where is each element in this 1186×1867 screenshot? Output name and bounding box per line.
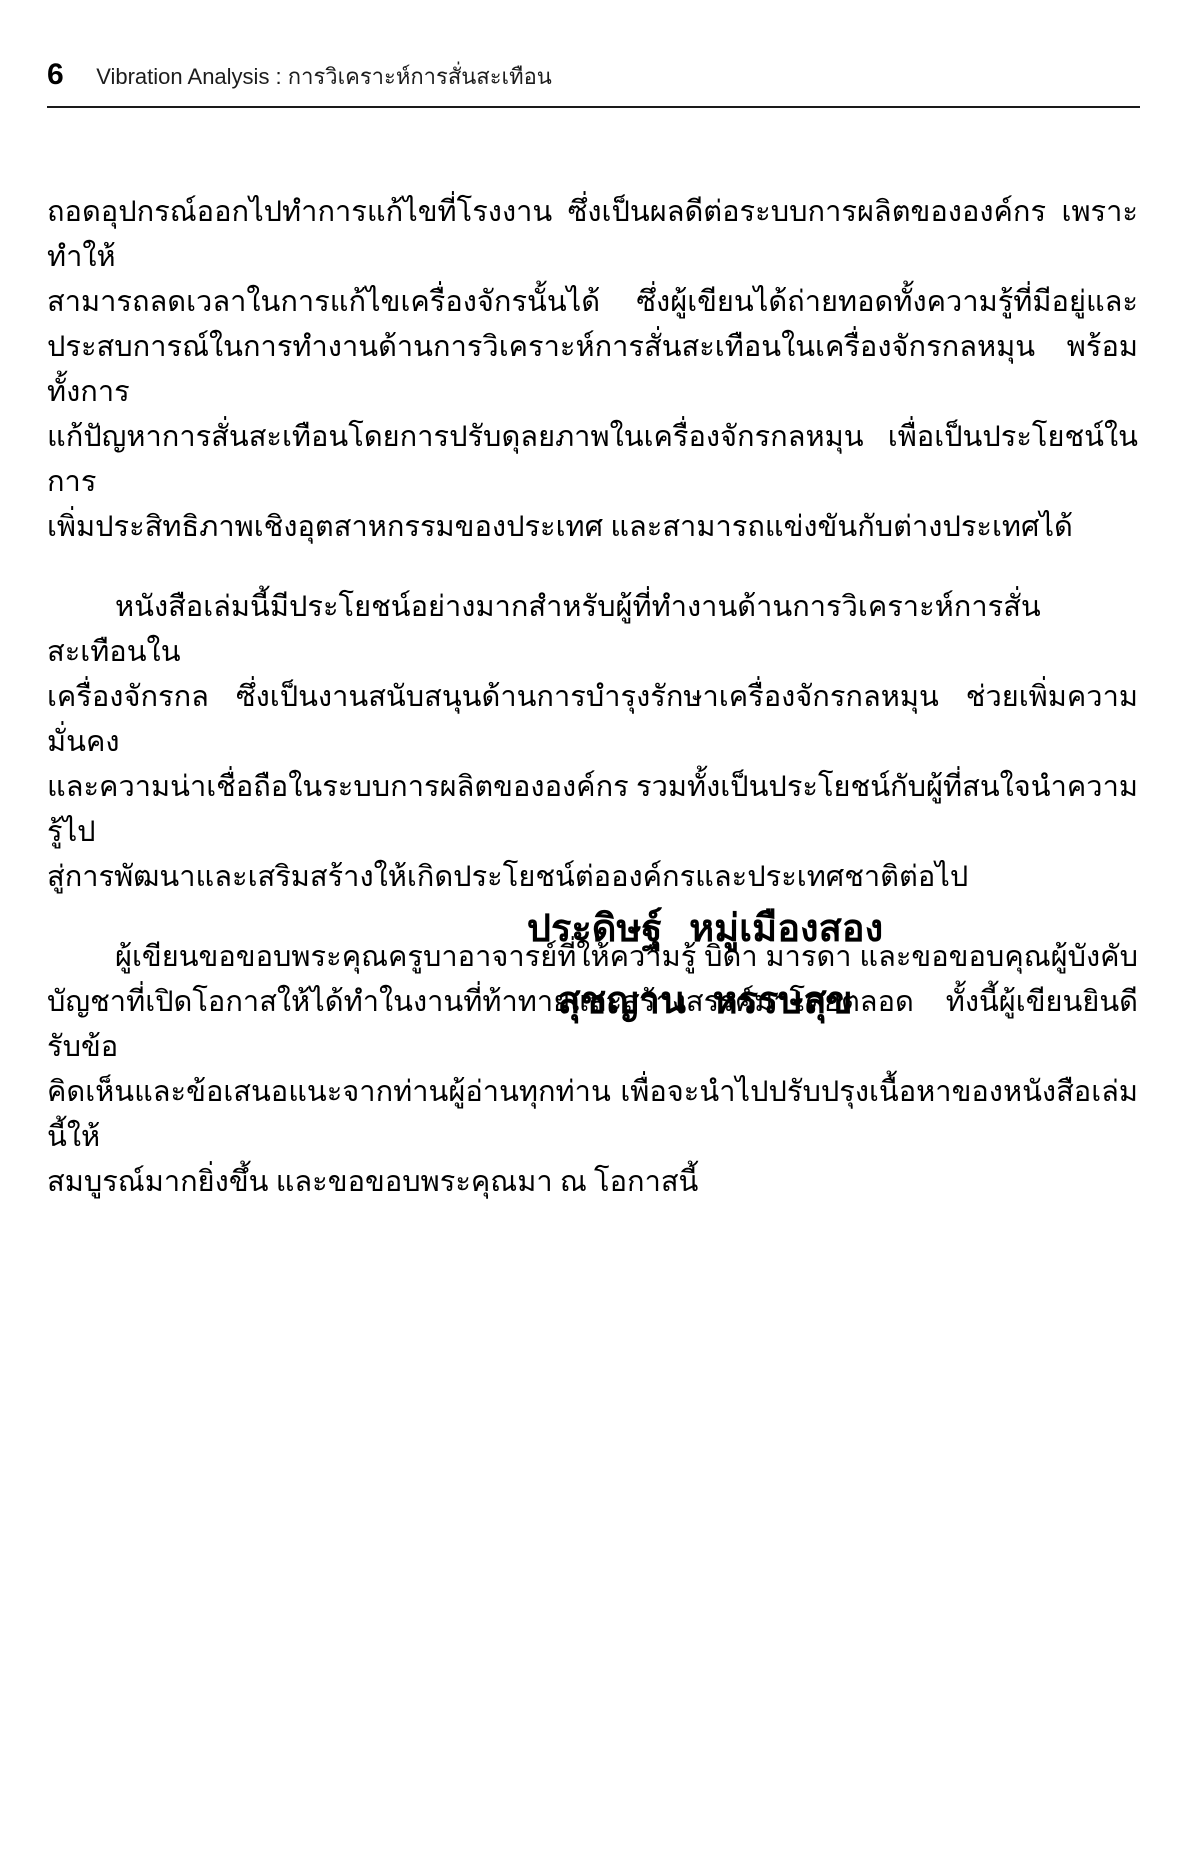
text-line: สามารถลดเวลาในการแก้ไขเครื่องจักรนั้นได้… xyxy=(47,280,1138,325)
paragraph-2: หนังสือเล่มนี้มีประโยชน์อย่างมากสำหรับผู… xyxy=(47,585,1138,900)
text-line: แก้ปัญหาการสั่นสะเทือนโดยการปรับดุลยภาพใ… xyxy=(47,415,1138,505)
text-line: หนังสือเล่มนี้มีประโยชน์อย่างมากสำหรับผู… xyxy=(47,585,1138,675)
book-page: 6 Vibration Analysis : การวิเคราะห์การสั… xyxy=(0,0,1186,1867)
text-line: เพิ่มประสิทธิภาพเชิงอุตสาหกรรมของประเทศ … xyxy=(47,505,1138,550)
body-text: ถอดอุปกรณ์ออกไปทำการแก้ไขที่โรงงาน ซึ่งเ… xyxy=(47,190,1138,1240)
text-line: ถอดอุปกรณ์ออกไปทำการแก้ไขที่โรงงาน ซึ่งเ… xyxy=(47,190,1138,280)
page-header: 6 Vibration Analysis : การวิเคราะห์การสั… xyxy=(47,58,1140,108)
paragraph-1: ถอดอุปกรณ์ออกไปทำการแก้ไขที่โรงงาน ซึ่งเ… xyxy=(47,190,1138,550)
text-line: ประสบการณ์ในการทำงานด้านการวิเคราะห์การส… xyxy=(47,325,1138,415)
running-title: Vibration Analysis : การวิเคราะห์การสั่น… xyxy=(96,59,552,94)
author-name-2: สุชญาน หรรษสุข xyxy=(470,965,940,1037)
author-signature-block: ประดิษฐ์ หมู่เมืองสอง สุชญาน หรรษสุข xyxy=(470,893,940,1037)
author-name-1: ประดิษฐ์ หมู่เมืองสอง xyxy=(470,893,940,965)
page-number: 6 xyxy=(47,58,64,92)
text-line: เครื่องจักรกล ซึ่งเป็นงานสนับสนุนด้านการ… xyxy=(47,675,1138,765)
text-line: และความน่าเชื่อถือในระบบการผลิตขององค์กร… xyxy=(47,765,1138,855)
text-line: คิดเห็นและข้อเสนอแนะจากท่านผู้อ่านทุกท่า… xyxy=(47,1070,1138,1160)
text-line: สมบูรณ์มากยิ่งขึ้น และขอขอบพระคุณมา ณ โอ… xyxy=(47,1160,1138,1205)
